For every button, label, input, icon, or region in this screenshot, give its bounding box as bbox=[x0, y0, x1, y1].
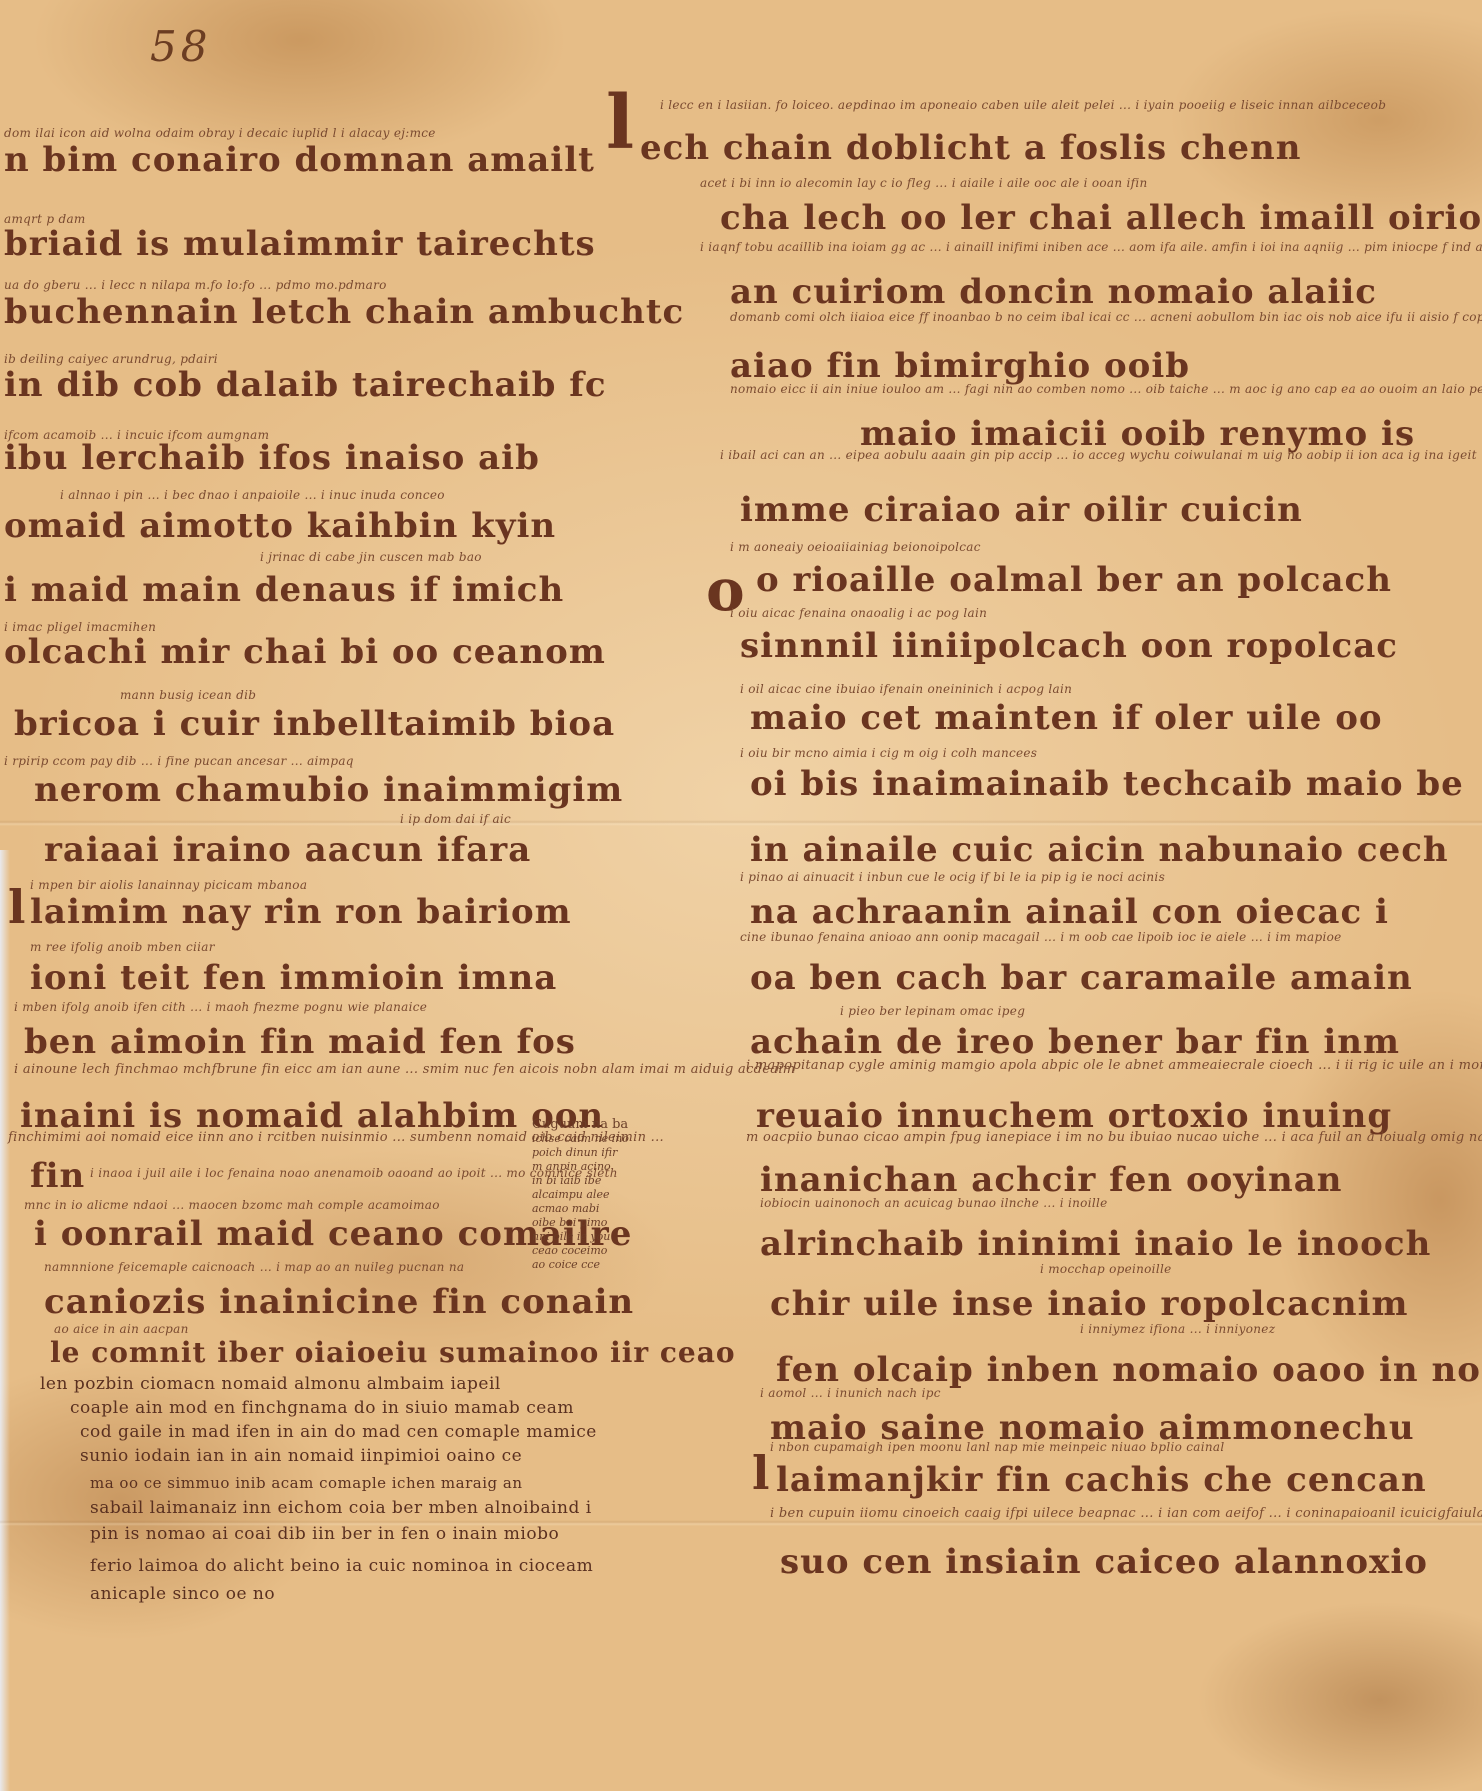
margin-gloss-line: ao coice cce bbox=[532, 1258, 662, 1272]
main-text-line: raiaai iraino aacun ifara bbox=[44, 830, 531, 870]
initial-letter: l bbox=[752, 1446, 769, 1500]
interlinear-gloss: nomaio eicc ii ain iniue iouloo am ... f… bbox=[730, 382, 1482, 396]
main-text-line: nerom chamubio inaimmigim bbox=[34, 770, 623, 810]
initial-letter: l bbox=[8, 880, 25, 934]
main-text-line: alrinchaib ininimi inaio le inooch bbox=[760, 1224, 1431, 1264]
interlinear-gloss: i pieo ber lepinam omac ipeg bbox=[840, 1004, 1025, 1018]
text-line: cod gaile in mad ifen in ain do mad cen … bbox=[80, 1422, 597, 1442]
main-text-line: fin bbox=[30, 1156, 85, 1196]
main-text-line: n bim conairo domnan amailt bbox=[4, 140, 595, 180]
margin-gloss-block: Cuguum na ba ichse caim ne ino poich din… bbox=[532, 1118, 662, 1272]
interlinear-gloss: dom ilai icon aid wolna odaim obray i de… bbox=[4, 126, 436, 140]
margin-gloss-line: in bi iaib ibe bbox=[532, 1174, 662, 1188]
main-text-line: oi bis inaimainaib techcaib maio be bbox=[750, 764, 1464, 804]
text-line: sabail laimanaiz inn eichom coia ber mbe… bbox=[90, 1498, 592, 1518]
interlinear-gloss: i rpirip ccom pay dib ... i fine pucan a… bbox=[4, 754, 354, 768]
interlinear-gloss: i inniymez ifiona ... i inniyonez bbox=[1080, 1322, 1275, 1336]
interlinear-gloss: i alnnao i pin ... i bec dnao i anpaioil… bbox=[60, 488, 445, 502]
interlinear-gloss: i ibail aci can an ... eipea aobulu aaai… bbox=[720, 448, 1477, 462]
main-text-line: in ainaile cuic aicin nabunaio cech bbox=[750, 830, 1449, 870]
interlinear-gloss: ib deiling caiyec arundrug, pdairi bbox=[4, 352, 218, 366]
interlinear-gloss: iobiocin uainonoch an acuicag bunao ilnc… bbox=[760, 1196, 1108, 1210]
interlinear-gloss: acet i bi inn io alecomin lay c io fleg … bbox=[700, 176, 1148, 190]
interlinear-gloss: m ree ifolig anoib mben ciiar bbox=[30, 940, 215, 954]
interlinear-gloss: i ben cupuin iiomu cinoeich caaig ifpi u… bbox=[770, 1506, 1482, 1521]
interlinear-gloss: mann busig icean dib bbox=[120, 688, 256, 702]
main-text-line: chir uile inse inaio ropolcacnim bbox=[770, 1284, 1408, 1324]
main-text-line: omaid aimotto kaihbin kyin bbox=[4, 506, 556, 546]
margin-gloss-line: poich dinun ifir bbox=[532, 1146, 662, 1160]
margin-gloss-line: oibe bai pimo bbox=[532, 1216, 662, 1230]
text-line: pin is nomao ai coai dib iin ber in fen … bbox=[90, 1524, 559, 1544]
margin-gloss-line: alcaimpu alee bbox=[532, 1188, 662, 1202]
main-text-line: in dib cob dalaib tairechaib fc bbox=[4, 365, 607, 405]
main-text-line: ioni teit fen immioin imna bbox=[30, 958, 557, 998]
main-text-line: cha lech oo ler chai allech imaill oirio… bbox=[720, 198, 1482, 238]
interlinear-gloss: i m aoneaiy oeioaiiainiag beionoipolcac bbox=[730, 540, 981, 554]
main-text-line: i maid main denaus if imich bbox=[4, 570, 564, 610]
margin-gloss-line: Cuguum na ba bbox=[532, 1118, 662, 1132]
manuscript-page: 58 dom ilai icon aid wolna odaim obray i… bbox=[0, 0, 1482, 1791]
folio-number: 58 bbox=[150, 22, 211, 71]
margin-gloss-line: m anpin acino bbox=[532, 1160, 662, 1174]
main-text-line: ibu lerchaib ifos inaiso aib bbox=[4, 438, 540, 478]
interlinear-gloss: i mocchap opeinoille bbox=[1040, 1262, 1172, 1276]
main-text-line: achain de ireo bener bar fin inm bbox=[750, 1022, 1400, 1062]
text-line: sunio iodain ian in ain nomaid iinpimioi… bbox=[80, 1446, 522, 1466]
interlinear-gloss: i mpen bir aiolis lanainnay picicam mban… bbox=[30, 878, 307, 892]
interlinear-gloss: ua do gberu ... i lecc n nilapa m.fo lo:… bbox=[4, 278, 387, 292]
interlinear-gloss: i lecc en i lasiian. fo loiceo. aepdinao… bbox=[660, 98, 1386, 112]
main-text-line: sinnnil iiniipolcach oon ropolcac bbox=[740, 626, 1398, 666]
margin-gloss-line: ceao coceimo bbox=[532, 1244, 662, 1258]
interlinear-gloss: i nbon cupamaigh ipen moonu lanl nap mie… bbox=[770, 1440, 1224, 1454]
main-text-line: an cuiriom doncin nomaio alaiic bbox=[730, 272, 1377, 312]
interlinear-gloss: m oacpiio bunao cicao ampin fpug ianepia… bbox=[746, 1130, 1482, 1145]
initial-letter: l bbox=[606, 80, 634, 166]
text-line: anicaple sinco oe no bbox=[90, 1584, 275, 1604]
margin-gloss-line: nni oile ie you bbox=[532, 1230, 662, 1244]
main-text-line: le comnit iber oiaioeiu sumainoo iir cea… bbox=[50, 1336, 736, 1369]
interlinear-gloss: mnc in io alicme ndaoi ... maocen bzomc … bbox=[24, 1198, 440, 1212]
main-text-line: imme ciraiao air oilir cuicin bbox=[740, 490, 1303, 530]
interlinear-gloss: ao aice in ain aacpan bbox=[54, 1322, 189, 1336]
interlinear-gloss: i mben ifolg anoib ifen cith ... i maoh … bbox=[14, 1000, 427, 1014]
interlinear-gloss: i aomol ... i inunich nach ipc bbox=[760, 1386, 941, 1400]
interlinear-gloss: i oiu aicac fenaina onaoalig i ac pog la… bbox=[730, 606, 987, 620]
main-text-line: ech chain doblicht a foslis chenn bbox=[640, 128, 1301, 168]
interlinear-gloss: namnnione feicemaple caicnoach ... i map… bbox=[44, 1260, 464, 1274]
text-line: coaple ain mod en finchgnama do in siuio… bbox=[70, 1398, 574, 1418]
text-line: len pozbin ciomacn nomaid almonu almbaim… bbox=[40, 1374, 501, 1394]
main-text-line: na achraanin ainail con oiecac i bbox=[750, 892, 1389, 932]
interlinear-gloss: i jrinac di cabe jin cuscen mab bao bbox=[260, 550, 482, 564]
interlinear-gloss: domanb comi olch iiaioa eice ff inoanbao… bbox=[730, 310, 1482, 324]
main-text-line: caniozis inainicine fin conain bbox=[44, 1282, 634, 1322]
main-text-line: olcachi mir chai bi oo ceanom bbox=[4, 632, 606, 672]
main-text-line: maio cet mainten if oler uile oo bbox=[750, 698, 1383, 738]
main-text-line: bricoa i cuir inbelltaimib bioa bbox=[14, 704, 615, 744]
main-text-line: ben aimoin fin maid fen fos bbox=[24, 1022, 576, 1062]
main-text-line: aiao fin bimirghio ooib bbox=[730, 346, 1190, 386]
interlinear-gloss: i pinao ai ainuacit i inbun cue le ocig … bbox=[740, 870, 1165, 884]
interlinear-gloss: i mapopitanap cygle aminig mamgio apola … bbox=[746, 1058, 1482, 1073]
interlinear-gloss: i oil aicac cine ibuiao ifenain oneinini… bbox=[740, 682, 1072, 696]
main-text-line: laimim nay rin ron bairiom bbox=[30, 892, 572, 932]
main-text-line: suo cen insiain caiceo alannoxio bbox=[780, 1542, 1428, 1582]
text-line: ma oo ce simmuo inib acam comaple ichen … bbox=[90, 1474, 522, 1492]
interlinear-gloss: i ainoune lech finchmao mchfbrune fin ei… bbox=[14, 1062, 795, 1077]
main-text-line: laimanjkir fin cachis che cencan bbox=[776, 1460, 1427, 1500]
margin-gloss-line: ichse caim ne ino bbox=[532, 1132, 662, 1146]
text-line: ferio laimoa do alicht beino ia cuic nom… bbox=[90, 1556, 593, 1576]
interlinear-gloss: i oiu bir mcno aimia i cig m oig i colh … bbox=[740, 746, 1037, 760]
main-text-line: briaid is mulaimmir tairechts bbox=[4, 224, 596, 264]
margin-gloss-line: acmao mabi bbox=[532, 1202, 662, 1216]
main-text-line: fen olcaip inben nomaio oaoo in no bbox=[776, 1350, 1481, 1390]
page-fold bbox=[0, 820, 1482, 826]
interlinear-gloss: cine ibunao fenaina anioao ann oonip mac… bbox=[740, 930, 1342, 944]
main-text-line: inanichan achcir fen ooyinan bbox=[760, 1160, 1342, 1200]
page-edge-shadow bbox=[0, 850, 10, 1791]
main-text-line: oa ben cach bar caramaile amain bbox=[750, 958, 1413, 998]
interlinear-gloss: i iaqnf tobu acaillib ina ioiam gg ac ..… bbox=[700, 240, 1482, 254]
interlinear-gloss: i ip dom dai if aic bbox=[400, 812, 511, 826]
main-text-line: buchennain letch chain ambuchtc bbox=[4, 292, 684, 332]
main-text-line: o rioaille oalmal ber an polcach bbox=[756, 560, 1392, 600]
